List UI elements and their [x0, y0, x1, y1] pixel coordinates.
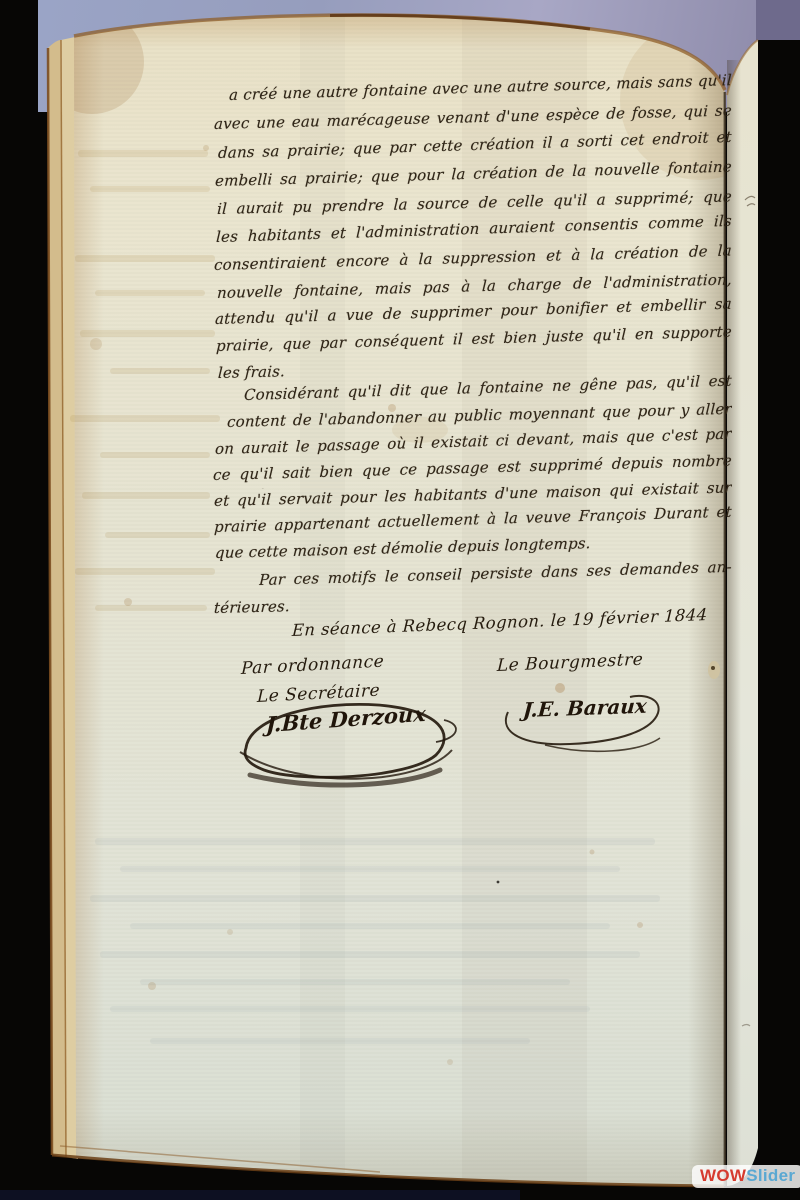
wowslider-watermark-link[interactable]: WOWSlider [692, 1165, 800, 1188]
manuscript-text-layer: a créé une autre fontaine avec une autre… [0, 0, 800, 1200]
watermark-brand-blue: Slider [746, 1166, 795, 1185]
right-signature-title-label: Le Bourgmestre [497, 650, 644, 676]
watermark-brand-red: WOW [700, 1166, 746, 1185]
cloth-bottom-sliver [0, 1190, 520, 1200]
manuscript-line: Par ces motifs le conseil persiste dans … [258, 556, 732, 595]
left-signature-order-label: Par ordonnance [241, 651, 385, 679]
left-signature-title-label: Le Secrétaire [257, 681, 381, 708]
photographed-manuscript-page: { "manuscript": { "paragraph1": [ "a cré… [0, 0, 800, 1200]
right-signature-name: J.E. Baraux [522, 694, 647, 722]
manuscript-line: térieures. [213, 595, 290, 619]
dateline: En séance à Rebecq Rognon. le 19 février… [292, 605, 709, 640]
manuscript-line: les frais. [218, 360, 286, 384]
left-signature-name: J.Bte Derzoux [266, 701, 427, 737]
